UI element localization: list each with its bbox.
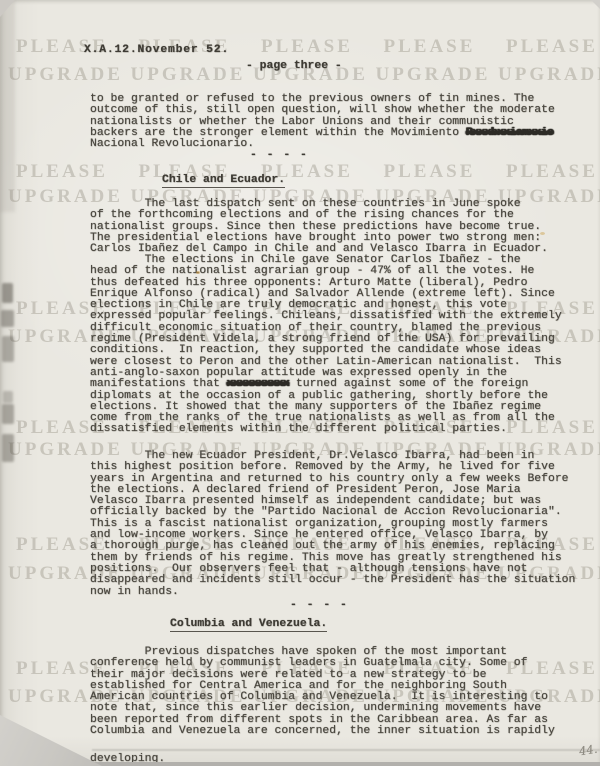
document-id: X.A.12.November 52.: [84, 45, 229, 56]
binding-mark: [2, 434, 14, 462]
section-separator: - - - -: [290, 600, 348, 611]
binding-mark: [3, 391, 13, 403]
section-heading-columbia-venezuela: Columbia and Venezuela.: [170, 619, 327, 630]
binding-mark: [1, 310, 14, 327]
watermark-text: PLEASE: [506, 161, 598, 183]
watermark-text: PLEASE: [506, 36, 598, 58]
section-separator: - - - -: [250, 150, 308, 161]
watermark-text: UPGRADE: [8, 64, 123, 86]
page-corner-fold: [0, 708, 102, 766]
struck-out-word: xxxxxxxxxx: [227, 378, 289, 390]
struck-out-word: Rxxxbxxiamxxio: [466, 127, 553, 139]
paragraph-text: Nacional Revolucionario.: [90, 138, 254, 150]
paragraph-text: The elections in Chile gave Senator Carl…: [90, 254, 562, 390]
left-edge-shadow: [0, 0, 15, 212]
watermark-text: PLEASE: [384, 36, 476, 58]
paragraph-ecuador-president: The new Ecuador President, Dr.Velasco Ib…: [90, 451, 575, 598]
binding-mark: [2, 404, 14, 424]
binding-mark: [2, 283, 13, 303]
heading-text: Columbia and Venezuela.: [170, 618, 327, 632]
binding-mark: [2, 336, 14, 362]
page-label: - page three -: [246, 61, 342, 72]
page-corner-top-right: [591, 0, 600, 9]
paragraph-elections-overview: The last dispatch sent on these countrie…: [90, 199, 548, 255]
scanned-document-page: PLEASEPLEASEPLEASEPLEASEPLEASEUPGRADEUPG…: [0, 0, 600, 766]
watermark-text: UPGRADE: [131, 64, 246, 86]
pencil-page-number: 44.: [578, 742, 598, 759]
section-heading-chile-ecuador: Chile and Ecuador.: [162, 175, 285, 186]
paragraph-intro: to be granted or refused to the previous…: [90, 94, 555, 150]
page-corner-top-left: [0, 0, 15, 17]
watermark-text: PLEASE: [261, 36, 353, 58]
watermark-text: PLEASE: [384, 161, 476, 183]
paragraph-developing: developing.: [90, 754, 165, 765]
watermark-text: PLEASE: [16, 161, 108, 183]
heading-text: Chile and Ecuador.: [162, 174, 285, 188]
paragraph-columbia-venezuela: Previous dispatches have spoken of the m…: [90, 647, 555, 737]
watermark-text: UPGRADE: [498, 64, 600, 86]
underlying-page-edge: [92, 749, 600, 751]
watermark-text: UPGRADE: [376, 64, 491, 86]
paragraph-chile-elections: The elections in Chile gave Senator Carl…: [90, 255, 562, 436]
